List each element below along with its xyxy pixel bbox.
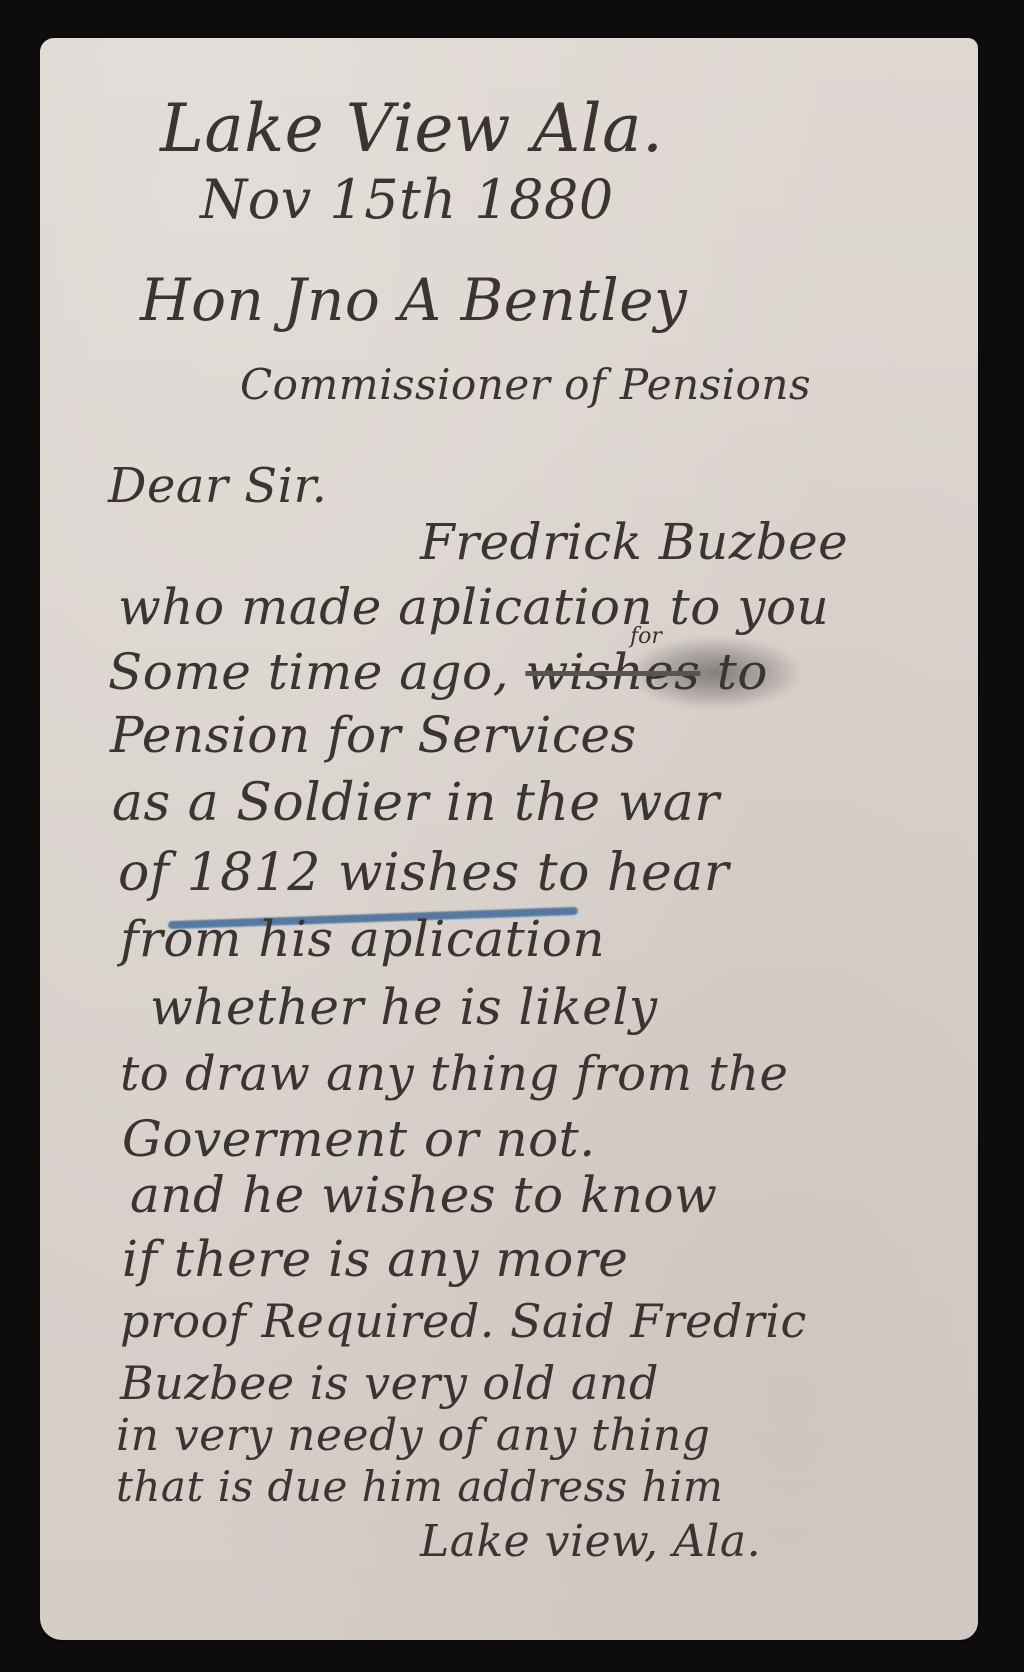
body-line: that is due him address him: [116, 1462, 723, 1511]
body-line: proof Required. Said Fredric: [120, 1294, 807, 1348]
body-line: whether he is likely: [150, 978, 658, 1036]
struck-word: wishes: [525, 643, 700, 701]
body-line: from his aplication: [120, 910, 605, 968]
body-line-text: Some time ago,: [108, 643, 525, 701]
body-line: who made aplication to you: [118, 578, 829, 636]
body-line: Fredrick Buzbee: [420, 513, 848, 571]
heading-date: Nov 15th 1880: [200, 168, 614, 231]
body-line-text: to: [700, 643, 768, 701]
body-line: Buzbee is very old and: [120, 1356, 659, 1410]
body-line: to draw any thing from the: [120, 1046, 788, 1102]
body-line: of 1812 wishes to hear: [118, 843, 729, 903]
heading-place: Lake View Ala.: [160, 90, 663, 167]
body-line: Goverment or not.: [122, 1110, 596, 1168]
letter-card: Lake View Ala. Nov 15th 1880 Hon Jno A B…: [40, 38, 978, 1640]
body-line: if there is any more: [122, 1230, 628, 1288]
body-line: as a Soldier in the war: [112, 773, 720, 833]
addressee-title: Commissioner of Pensions: [240, 360, 811, 409]
body-line: and he wishes to know: [130, 1166, 717, 1224]
addressee-name: Hon Jno A Bentley: [140, 266, 687, 334]
body-line: Some time ago, wishes to: [108, 643, 768, 701]
salutation: Dear Sir.: [108, 458, 327, 514]
body-line: Pension for Services: [110, 706, 637, 764]
dark-background: Lake View Ala. Nov 15th 1880 Hon Jno A B…: [0, 0, 1024, 1672]
closing-address: Lake view, Ala.: [420, 1516, 761, 1567]
body-line: in very needy of any thing: [116, 1410, 710, 1461]
